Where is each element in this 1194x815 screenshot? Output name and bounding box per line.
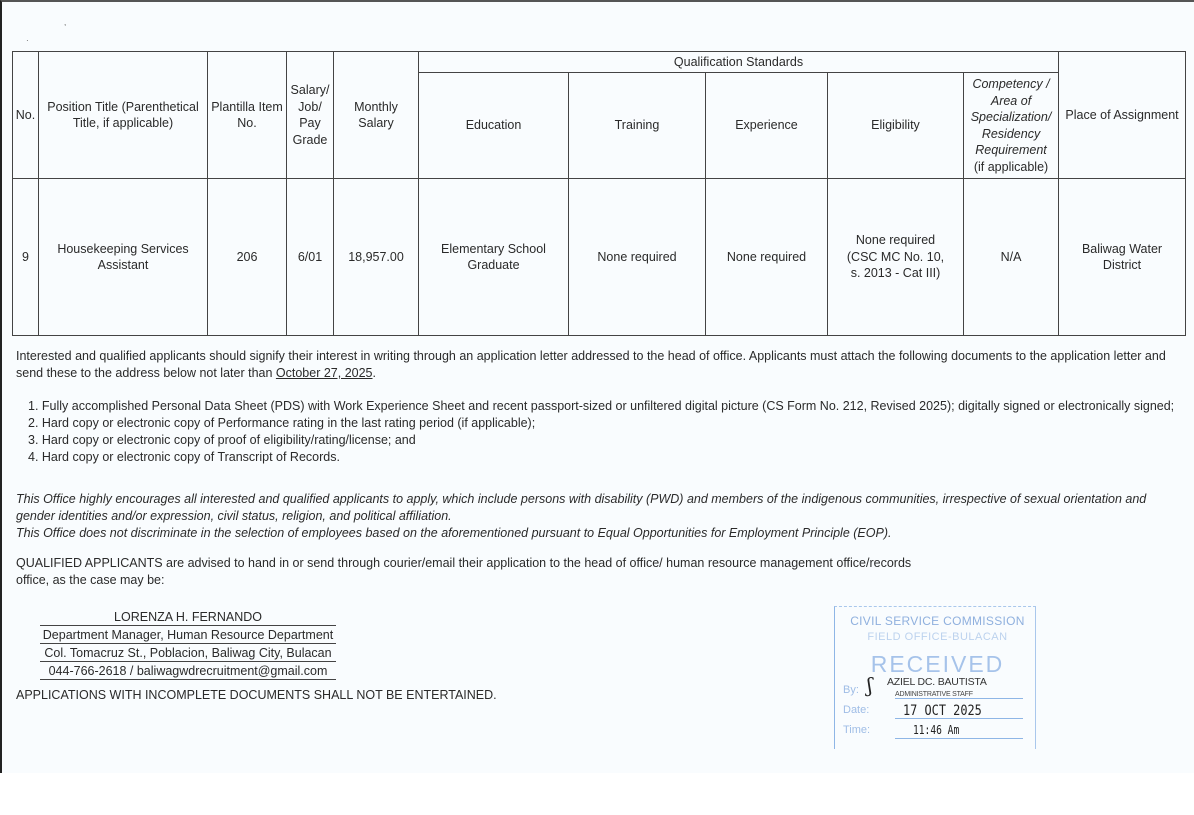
stamp-office: FIELD OFFICE-BULACAN — [845, 631, 1030, 643]
header-monthly-salary: Monthly Salary — [334, 52, 419, 179]
cell-place: Baliwag Water District — [1059, 179, 1186, 336]
table-row: 9 Housekeeping Services Assistant 206 6/… — [13, 179, 1186, 336]
contact-block: LORENZA H. FERNANDO Department Manager, … — [40, 609, 336, 681]
stamp-receiver-name: AZIEL DC. BAUTISTA — [887, 676, 987, 688]
scanned-page: , · No. Position Title (Parenthetical Ti… — [0, 0, 1194, 773]
header-competency: Competency / Area of Specialization/ Res… — [964, 73, 1059, 179]
stamp-date: 17 OCT 2025 — [903, 703, 982, 719]
competency-note: (if applicable) — [974, 160, 1048, 174]
header-education: Education — [419, 73, 569, 179]
header-plantilla: Plantilla Item No. — [208, 52, 287, 179]
stamp-line — [895, 698, 1023, 699]
stamp-status: RECEIVED — [845, 651, 1030, 678]
received-stamp: CIVIL SERVICE COMMISSION FIELD OFFICE-BU… — [834, 606, 1036, 749]
cell-eligibility: None required (CSC MC No. 10, s. 2013 - … — [828, 179, 964, 336]
contact-name: LORENZA H. FERNANDO — [40, 609, 336, 626]
stamp-time: 11:46 Am — [913, 723, 959, 737]
header-qualification-standards: Qualification Standards — [419, 52, 1059, 73]
incomplete-warning: APPLICATIONS WITH INCOMPLETE DOCUMENTS S… — [16, 687, 497, 704]
cell-salary-grade: 6/01 — [287, 179, 334, 336]
eop-nondiscrimination: This Office does not discriminate in the… — [16, 525, 1181, 542]
competency-label: Competency / Area of Specialization/ Res… — [971, 77, 1052, 157]
requirement-item: 2. Hard copy or electronic copy of Perfo… — [28, 415, 1178, 432]
cell-no: 9 — [13, 179, 39, 336]
submission-instructions: QUALIFIED APPLICANTS are advised to hand… — [16, 555, 926, 589]
cell-experience: None required — [706, 179, 828, 336]
scan-speck: · — [26, 36, 29, 45]
cell-position-title: Housekeeping Services Assistant — [39, 179, 208, 336]
header-experience: Experience — [706, 73, 828, 179]
cell-monthly-salary: 18,957.00 — [334, 179, 419, 336]
stamp-agency: CIVIL SERVICE COMMISSION — [845, 614, 1030, 628]
header-training: Training — [569, 73, 706, 179]
intro-end: . — [373, 366, 376, 380]
header-eligibility: Eligibility — [828, 73, 964, 179]
header-salary-grade: Salary/ Job/ Pay Grade — [287, 52, 334, 179]
stamp-time-label: Time: — [843, 724, 870, 736]
cell-competency: N/A — [964, 179, 1059, 336]
deadline-date: October 27, 2025 — [276, 366, 373, 380]
requirements-list: 1. Fully accomplished Personal Data Shee… — [28, 398, 1178, 466]
cell-plantilla: 206 — [208, 179, 287, 336]
header-place-of-assignment: Place of Assignment — [1059, 52, 1186, 179]
stamp-date-label: Date: — [843, 704, 869, 716]
scan-speck: , — [64, 18, 66, 27]
contact-phone-email[interactable]: 044-766-2618 / baliwagwdrecruitment@gmai… — [40, 663, 336, 680]
vacancy-table: No. Position Title (Parenthetical Title,… — [12, 51, 1186, 336]
stamp-line — [895, 738, 1023, 739]
header-position-title: Position Title (Parenthetical Title, if … — [39, 52, 208, 179]
cell-education: Elementary School Graduate — [419, 179, 569, 336]
stamp-by-label: By: — [843, 684, 859, 696]
cell-training: None required — [569, 179, 706, 336]
requirement-item: 4. Hard copy or electronic copy of Trans… — [28, 449, 1178, 466]
eop-encouragement: This Office highly encourages all intere… — [16, 491, 1181, 525]
stamp-receiver-role: ADMINISTRATIVE STAFF — [895, 691, 973, 698]
intro-text: Interested and qualified applicants shou… — [16, 349, 1166, 380]
contact-title: Department Manager, Human Resource Depar… — [40, 627, 336, 644]
header-no: No. — [13, 52, 39, 179]
intro-paragraph: Interested and qualified applicants shou… — [16, 348, 1181, 382]
requirement-item: 3. Hard copy or electronic copy of proof… — [28, 432, 1178, 449]
contact-address: Col. Tomacruz St., Poblacion, Baliwag Ci… — [40, 645, 336, 662]
requirement-item: 1. Fully accomplished Personal Data Shee… — [28, 398, 1178, 415]
signature-mark: ʃ — [867, 673, 872, 697]
